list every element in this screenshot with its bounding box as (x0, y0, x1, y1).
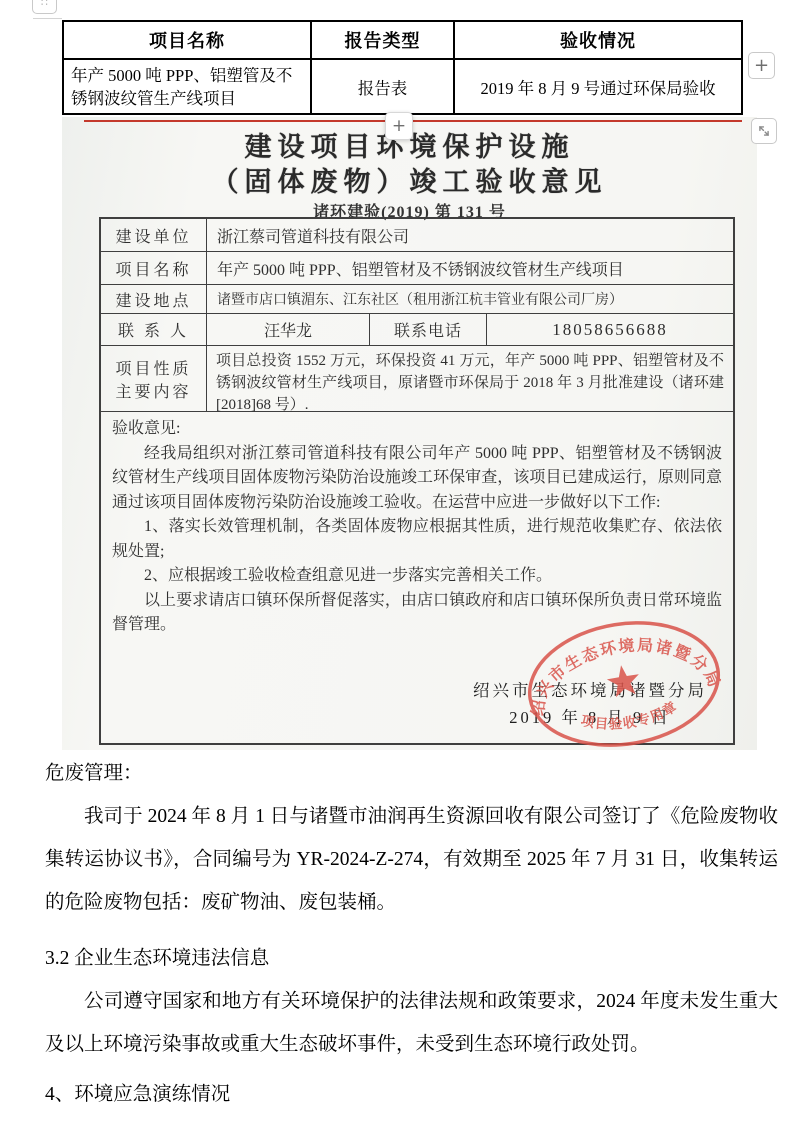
row-construction-unit: 建设单位 浙江蔡司管道科技有限公司 (101, 219, 733, 252)
opinion-paragraph-1: 经我局组织对浙江蔡司管道科技有限公司年产 5000 吨 PPP、铝塑管材及不锈钢… (112, 442, 722, 516)
header-acceptance: 验收情况 (455, 22, 741, 58)
header-report-type: 报告类型 (312, 22, 455, 58)
row-project-nature: 项目性质 主要内容 项目总投资 1552 万元，环保投资 41 万元，年产 50… (101, 346, 733, 412)
document-page: ∷ 项目名称 报告类型 验收情况 年产 5000 吨 PPP、铝塑管及不锈钢波纹… (0, 0, 805, 1121)
row-project-name: 项目名称 年产 5000 吨 PPP、铝塑管材及不锈钢波纹管材生产线项目 (101, 252, 733, 285)
label-project-nature-line2: 主要内容 (115, 379, 191, 402)
opinion-item-1: 1、落实长效管理机制，各类固体废物应根据其性质，进行规范收集贮存、依法依规处置; (112, 515, 722, 564)
cell-report-type: 报告表 (312, 60, 455, 113)
label-construction-site: 建设地点 (101, 285, 207, 313)
header-project-name: 项目名称 (64, 22, 312, 58)
scan-red-line (84, 120, 742, 122)
hazard-management-paragraph: 我司于 2024 年 8 月 1 日与诸暨市油润再生资源回收有限公司签订了《危险… (45, 795, 778, 924)
official-stamp: 绍兴市生态环境局诸暨分局 项目验收专用章 (524, 619, 724, 751)
diagonal-resize-icon (757, 124, 771, 138)
label-project-nature-line1: 项目性质 (115, 356, 191, 379)
opinion-item-2: 2、应根据竣工验收检查组意见进一步落实完善相关工作。 (112, 564, 722, 589)
ruler-mark (33, 18, 62, 19)
label-construction-unit: 建设单位 (101, 219, 207, 251)
table-move-handle[interactable]: ∷ (32, 0, 57, 14)
scan-title-line2: （固体废物）竣工验收意见 (62, 160, 757, 199)
summary-table: 项目名称 报告类型 验收情况 年产 5000 吨 PPP、铝塑管及不锈钢波纹管生… (62, 20, 743, 115)
value-project-name: 年产 5000 吨 PPP、铝塑管材及不锈钢波纹管材生产线项目 (207, 252, 733, 284)
scanned-acceptance-document: 建设项目环境保护设施 （固体废物）竣工验收意见 诸环建验(2019) 第 131… (62, 117, 757, 750)
value-construction-site: 诸暨市店口镇湄东、江东社区（租用浙江杭丰管业有限公司厂房） (207, 285, 733, 313)
svg-text:项目验收专用章: 项目验收专用章 (577, 697, 681, 738)
label-project-nature: 项目性质 主要内容 (101, 346, 207, 411)
value-construction-unit: 浙江蔡司管道科技有限公司 (207, 219, 733, 251)
row-construction-site: 建设地点 诸暨市店口镇湄东、江东社区（租用浙江杭丰管业有限公司厂房） (101, 285, 733, 314)
value-contact-phone: 18058656688 (487, 314, 733, 345)
summary-table-data-row: 年产 5000 吨 PPP、铝塑管及不锈钢波纹管生产线项目 报告表 2019 年… (64, 60, 741, 113)
stamp-bottom-text: 项目验收专用章 (577, 697, 681, 738)
label-project-name: 项目名称 (101, 252, 207, 284)
stamp-star-icon (605, 663, 642, 698)
cell-project-name: 年产 5000 吨 PPP、铝塑管及不锈钢波纹管生产线项目 (64, 60, 312, 113)
hazard-management-heading: 危废管理： (45, 752, 778, 795)
value-contact-person: 汪华龙 (207, 314, 370, 345)
add-column-button[interactable]: + (748, 52, 775, 79)
insert-row-button[interactable]: + (385, 112, 413, 140)
report-body-text: 危废管理： 我司于 2024 年 8 月 1 日与诸暨市油润再生资源回收有限公司… (45, 752, 778, 1116)
row-contact: 联 系 人 汪华龙 联系电话 18058656688 (101, 314, 733, 346)
opinion-heading: 验收意见: (112, 417, 722, 442)
section-3-2-paragraph: 公司遵守国家和地方有关环境保护的法律法规和政策要求，2024 年度未发生重大及以… (45, 980, 778, 1066)
value-project-nature: 项目总投资 1552 万元，环保投资 41 万元，年产 5000 吨 PPP、铝… (207, 346, 733, 411)
cell-acceptance: 2019 年 8 月 9 号通过环保局验收 (455, 60, 741, 113)
plus-icon: + (392, 116, 406, 136)
resize-table-button[interactable] (751, 118, 777, 144)
label-contact-phone: 联系电话 (370, 314, 487, 345)
summary-table-header-row: 项目名称 报告类型 验收情况 (64, 22, 741, 60)
section-3-2-heading: 3.2 企业生态环境违法信息 (45, 937, 778, 980)
section-4-heading: 4、环境应急演练情况 (45, 1073, 778, 1116)
label-contact-person: 联 系 人 (101, 314, 207, 345)
drag-dots-icon: ∷ (41, 0, 48, 9)
plus-icon: + (754, 55, 769, 76)
